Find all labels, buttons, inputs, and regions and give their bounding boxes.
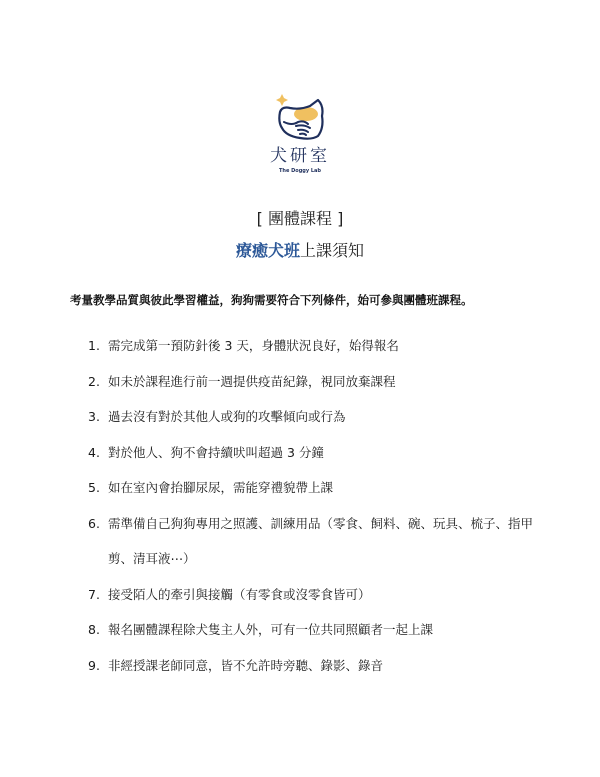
rule-item: 7. 接受陌人的牽引與接觸（有零食或沒零食皆可） [88,577,548,613]
rule-item: 8. 報名團體課程除犬隻主人外，可有一位共同照顧者一起上課 [88,612,548,648]
rule-text: 報名團體課程除犬隻主人外，可有一位共同照顧者一起上課 [108,612,548,648]
logo-chinese-name: 犬研室 [262,146,338,166]
logo: 犬研室 The Doggy Lab [262,92,338,175]
rule-number: 4. [88,435,108,471]
rule-number: 6. [88,506,108,577]
rule-text: 如在室內會抬腳尿尿，需能穿禮貌帶上課 [108,470,548,506]
course-category: [ 團體課程 ] [0,209,600,229]
rules-list: 1. 需完成第一預防針後 3 天，身體狀況良好，始得報名 2. 如未於課程進行前… [88,328,548,683]
rule-number: 9. [88,648,108,684]
rule-item: 1. 需完成第一預防針後 3 天，身體狀況良好，始得報名 [88,328,548,364]
rule-text: 需完成第一預防針後 3 天，身體狀況良好，始得報名 [108,328,548,364]
rule-number: 3. [88,399,108,435]
rule-item: 3. 過去沒有對於其他人或狗的攻擊傾向或行為 [88,399,548,435]
rule-item: 9. 非經授課老師同意，皆不允許時旁聽、錄影、錄音 [88,648,548,684]
rule-number: 7. [88,577,108,613]
rule-number: 1. [88,328,108,364]
logo-english-name: The Doggy Lab [262,167,338,175]
rule-text: 對於他人、狗不會持續吠叫超過 3 分鐘 [108,435,548,471]
rule-item: 4. 對於他人、狗不會持續吠叫超過 3 分鐘 [88,435,548,471]
title-accent: 療癒犬班 [236,241,300,260]
dog-hand-logo-icon [272,92,328,142]
rule-number: 5. [88,470,108,506]
intro-text: 考量教學品質與彼此學習權益，狗狗需要符合下列條件，始可參與團體班課程。 [70,292,473,308]
rule-text: 如未於課程進行前一週提供疫苗紀錄，視同放棄課程 [108,364,548,400]
rule-text: 需準備自己狗狗專用之照護、訓練用品（零食、飼料、碗、玩具、梳子、指甲剪、清耳液⋯… [108,506,548,577]
rule-item: 5. 如在室內會抬腳尿尿，需能穿禮貌帶上課 [88,470,548,506]
page-title: 療癒犬班上課須知 [0,241,600,261]
rule-number: 8. [88,612,108,648]
rule-number: 2. [88,364,108,400]
title-rest: 上課須知 [300,241,364,260]
rule-text: 過去沒有對於其他人或狗的攻擊傾向或行為 [108,399,548,435]
rule-item: 6. 需準備自己狗狗專用之照護、訓練用品（零食、飼料、碗、玩具、梳子、指甲剪、清… [88,506,548,577]
rule-text: 接受陌人的牽引與接觸（有零食或沒零食皆可） [108,577,548,613]
rule-item: 2. 如未於課程進行前一週提供疫苗紀錄，視同放棄課程 [88,364,548,400]
rule-text: 非經授課老師同意，皆不允許時旁聽、錄影、錄音 [108,648,548,684]
